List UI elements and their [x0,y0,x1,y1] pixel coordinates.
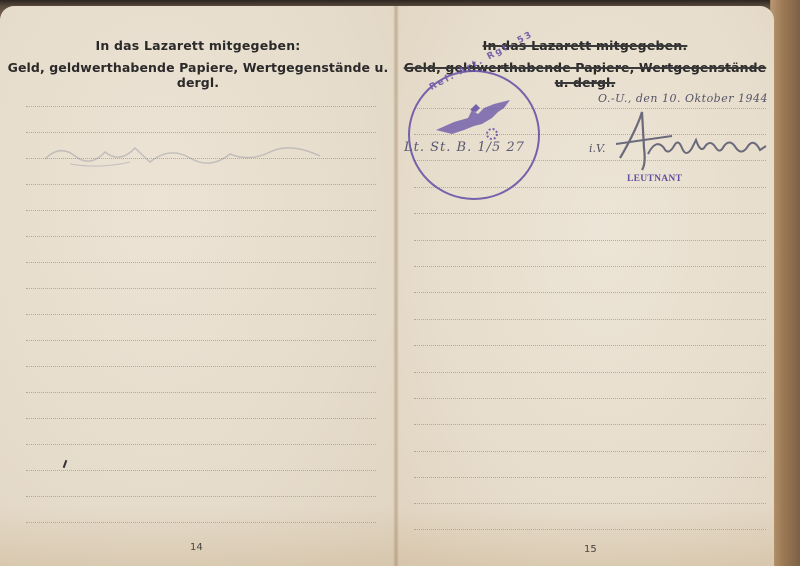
signature-prefix: i.V. [589,142,606,155]
left-header-line1: In das Lazarett mitgegeben: [0,38,396,53]
ruled-line [414,319,766,320]
ruled-line [414,451,766,452]
water-stain [396,506,774,566]
page-number-left: 14 [190,542,203,553]
open-paybook-spread: In das Lazarett mitgegeben: Geld, geldwe… [0,0,800,566]
ruled-line [26,418,376,419]
ruled-line [414,503,766,504]
left-page: In das Lazarett mitgegeben: Geld, geldwe… [0,6,396,566]
signature [612,108,777,173]
ruled-line [26,106,376,107]
ruled-line [414,477,766,478]
ruled-line [26,288,376,289]
date-line: O.-U., den 10. Oktober 1944 [598,92,768,105]
ruled-line [26,496,376,497]
ruled-line [26,210,376,211]
ruled-line [414,345,766,346]
ruled-line [26,392,376,393]
ruled-line [414,240,766,241]
unit-stamp: Ref. Art. Rgt. 53 Lt. St. B. 1/5 27 [408,70,540,200]
ruled-line [26,262,376,263]
ruled-line [26,314,376,315]
faded-pencil-entry [40,134,340,174]
ruled-line [26,184,376,185]
ruled-line [26,470,376,471]
ruled-line [26,366,376,367]
book-gutter [393,6,399,566]
ruled-line [414,424,766,425]
page-number-right: 15 [584,544,597,555]
ruled-line [414,398,766,399]
eagle-emblem-icon [434,100,512,140]
stamp-handwritten-text: Lt. St. B. 1/5 27 [404,140,525,155]
rank-stamp: LEUTNANT [627,174,682,184]
ruled-line [26,340,376,341]
left-header-line2: Geld, geldwerthabende Papiere, Wertgegen… [0,60,396,90]
book-cover-edge [770,0,800,566]
ruled-line [414,292,766,293]
right-header-line1: In das Lazarett mitgegeben. [396,38,774,53]
ruled-line [414,213,766,214]
ruled-line [414,266,766,267]
water-stain [0,506,396,566]
pencil-mark [63,460,68,468]
ruled-line [26,132,376,133]
ruled-line [26,236,376,237]
ruled-line [26,444,376,445]
ruled-line [414,372,766,373]
